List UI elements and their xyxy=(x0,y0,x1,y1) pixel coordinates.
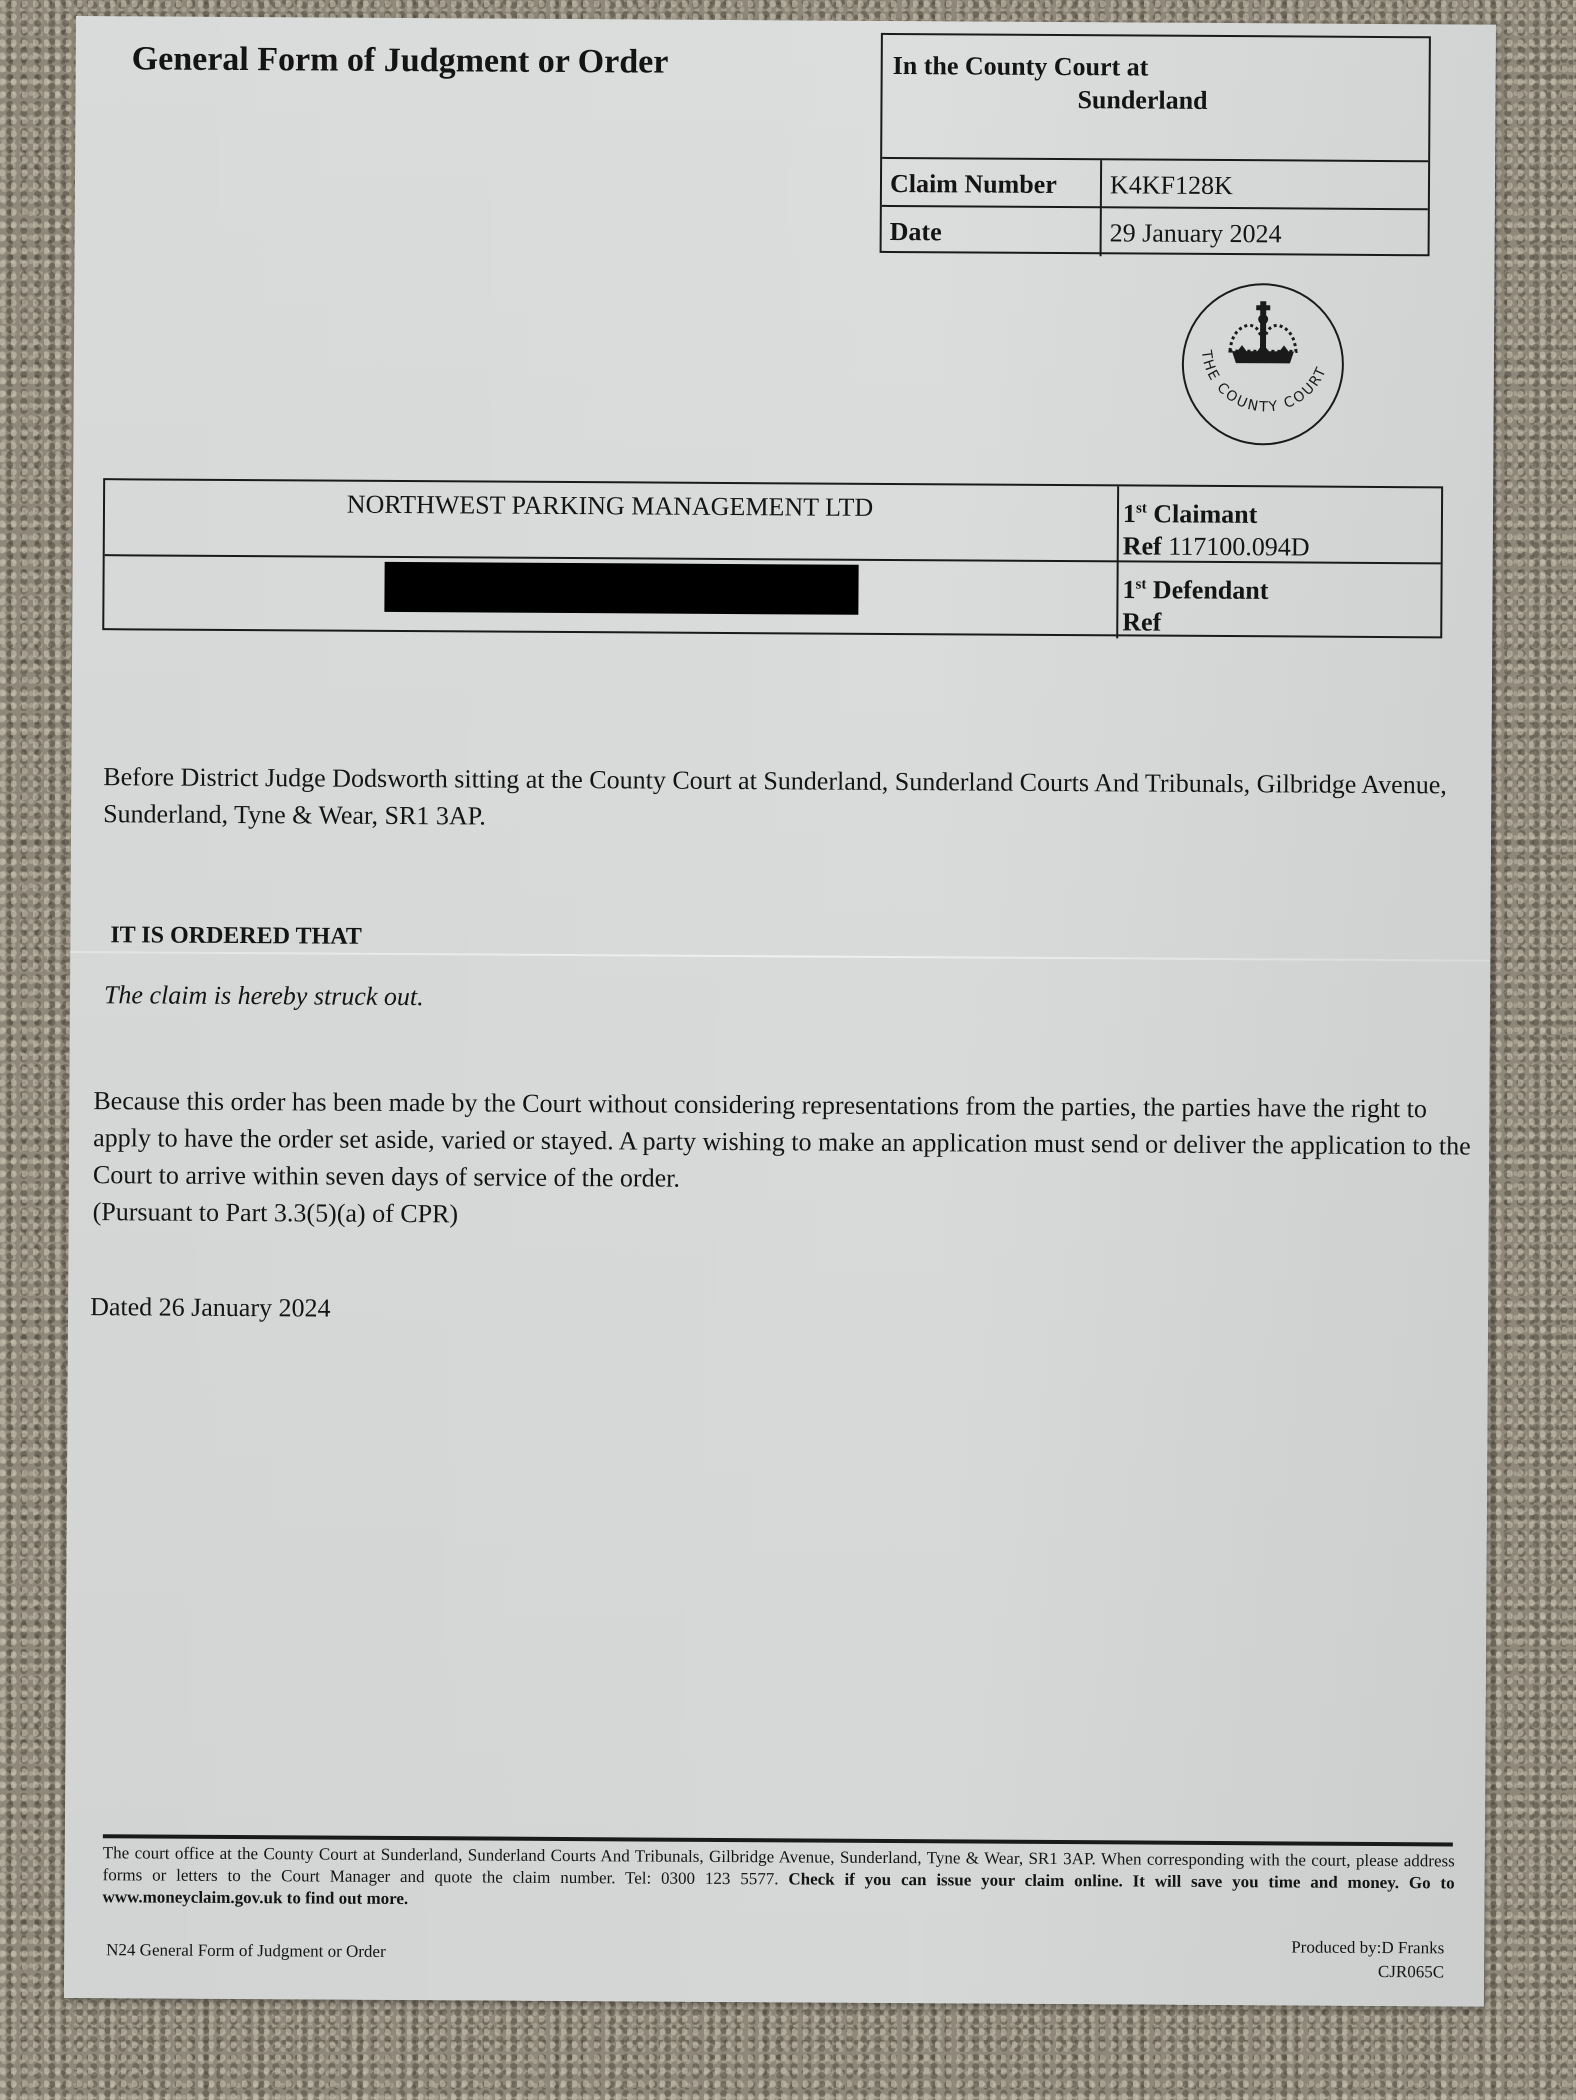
footer-court-office: The court office at the County Court at … xyxy=(102,1842,1454,1916)
court-heading-line1: In the County Court at xyxy=(893,49,1208,84)
defendant-ordinal-suffix: st xyxy=(1135,576,1146,592)
claimant-ordinal: 1 xyxy=(1123,499,1136,528)
cell-divider xyxy=(1100,208,1102,256)
claimant-name: NORTHWEST PARKING MANAGEMENT LTD xyxy=(105,488,1115,524)
dated-line: Dated 26 January 2024 xyxy=(90,1292,331,1323)
court-heading-line2: Sunderland xyxy=(892,82,1207,117)
date-row: Date 29 January 2024 xyxy=(882,205,1428,258)
date-value: 29 January 2024 xyxy=(1110,218,1282,249)
document-code: CJR065C xyxy=(1291,1959,1444,1984)
produced-by-block: Produced by:D Franks CJR065C xyxy=(1291,1935,1444,1984)
claim-number-row: Claim Number K4KF128K xyxy=(882,157,1428,210)
claimant-role: 1st Claimant Ref 117100.094D xyxy=(1123,492,1310,563)
document-title: General Form of Judgment or Order xyxy=(132,40,669,81)
defendant-ref-label: Ref xyxy=(1122,607,1161,636)
court-order-document: General Form of Judgment or Order In the… xyxy=(64,16,1496,2007)
crown-icon: THE COUNTY COURT xyxy=(1179,281,1346,448)
paper-fold-crease xyxy=(70,951,1490,962)
claimant-ordinal-suffix: st xyxy=(1136,500,1147,516)
defendant-role-label: Defendant xyxy=(1153,575,1269,605)
produced-by: Produced by:D Franks xyxy=(1291,1935,1444,1960)
claimant-role-label: Claimant xyxy=(1153,499,1257,529)
notice-text: Because this order has been made by the … xyxy=(93,1082,1474,1201)
claimant-row: NORTHWEST PARKING MANAGEMENT LTD 1st Cla… xyxy=(105,480,1441,564)
cell-divider xyxy=(1116,562,1118,638)
judge-statement: Before District Judge Dodsworth sitting … xyxy=(103,758,1453,840)
cell-divider xyxy=(1117,486,1119,562)
parties-table: NORTHWEST PARKING MANAGEMENT LTD 1st Cla… xyxy=(102,478,1443,638)
claim-number-label: Claim Number xyxy=(890,169,1057,200)
claimant-ref-value: 117100.094D xyxy=(1168,531,1309,561)
court-details-box: In the County Court at Sunderland Claim … xyxy=(880,33,1431,256)
court-heading: In the County Court at Sunderland xyxy=(892,49,1207,117)
set-aside-notice: Because this order has been made by the … xyxy=(93,1082,1474,1238)
notice-citation: (Pursuant to Part 3.3(5)(a) of CPR) xyxy=(93,1193,1473,1238)
cell-divider xyxy=(1100,160,1102,208)
defendant-ordinal: 1 xyxy=(1122,575,1135,604)
redacted-defendant-name xyxy=(384,562,858,615)
county-court-seal: THE COUNTY COURT xyxy=(1179,281,1346,448)
defendant-row: 1st Defendant Ref xyxy=(104,554,1440,640)
claimant-ref-label: Ref xyxy=(1123,531,1162,560)
order-text: The claim is hereby struck out. xyxy=(104,980,424,1012)
defendant-role: 1st Defendant Ref xyxy=(1122,568,1268,639)
ordered-heading: IT IS ORDERED THAT xyxy=(110,922,362,951)
claim-number-value: K4KF128K xyxy=(1110,170,1233,201)
form-identifier: N24 General Form of Judgment or Order xyxy=(106,1940,386,1962)
date-label: Date xyxy=(890,217,942,247)
